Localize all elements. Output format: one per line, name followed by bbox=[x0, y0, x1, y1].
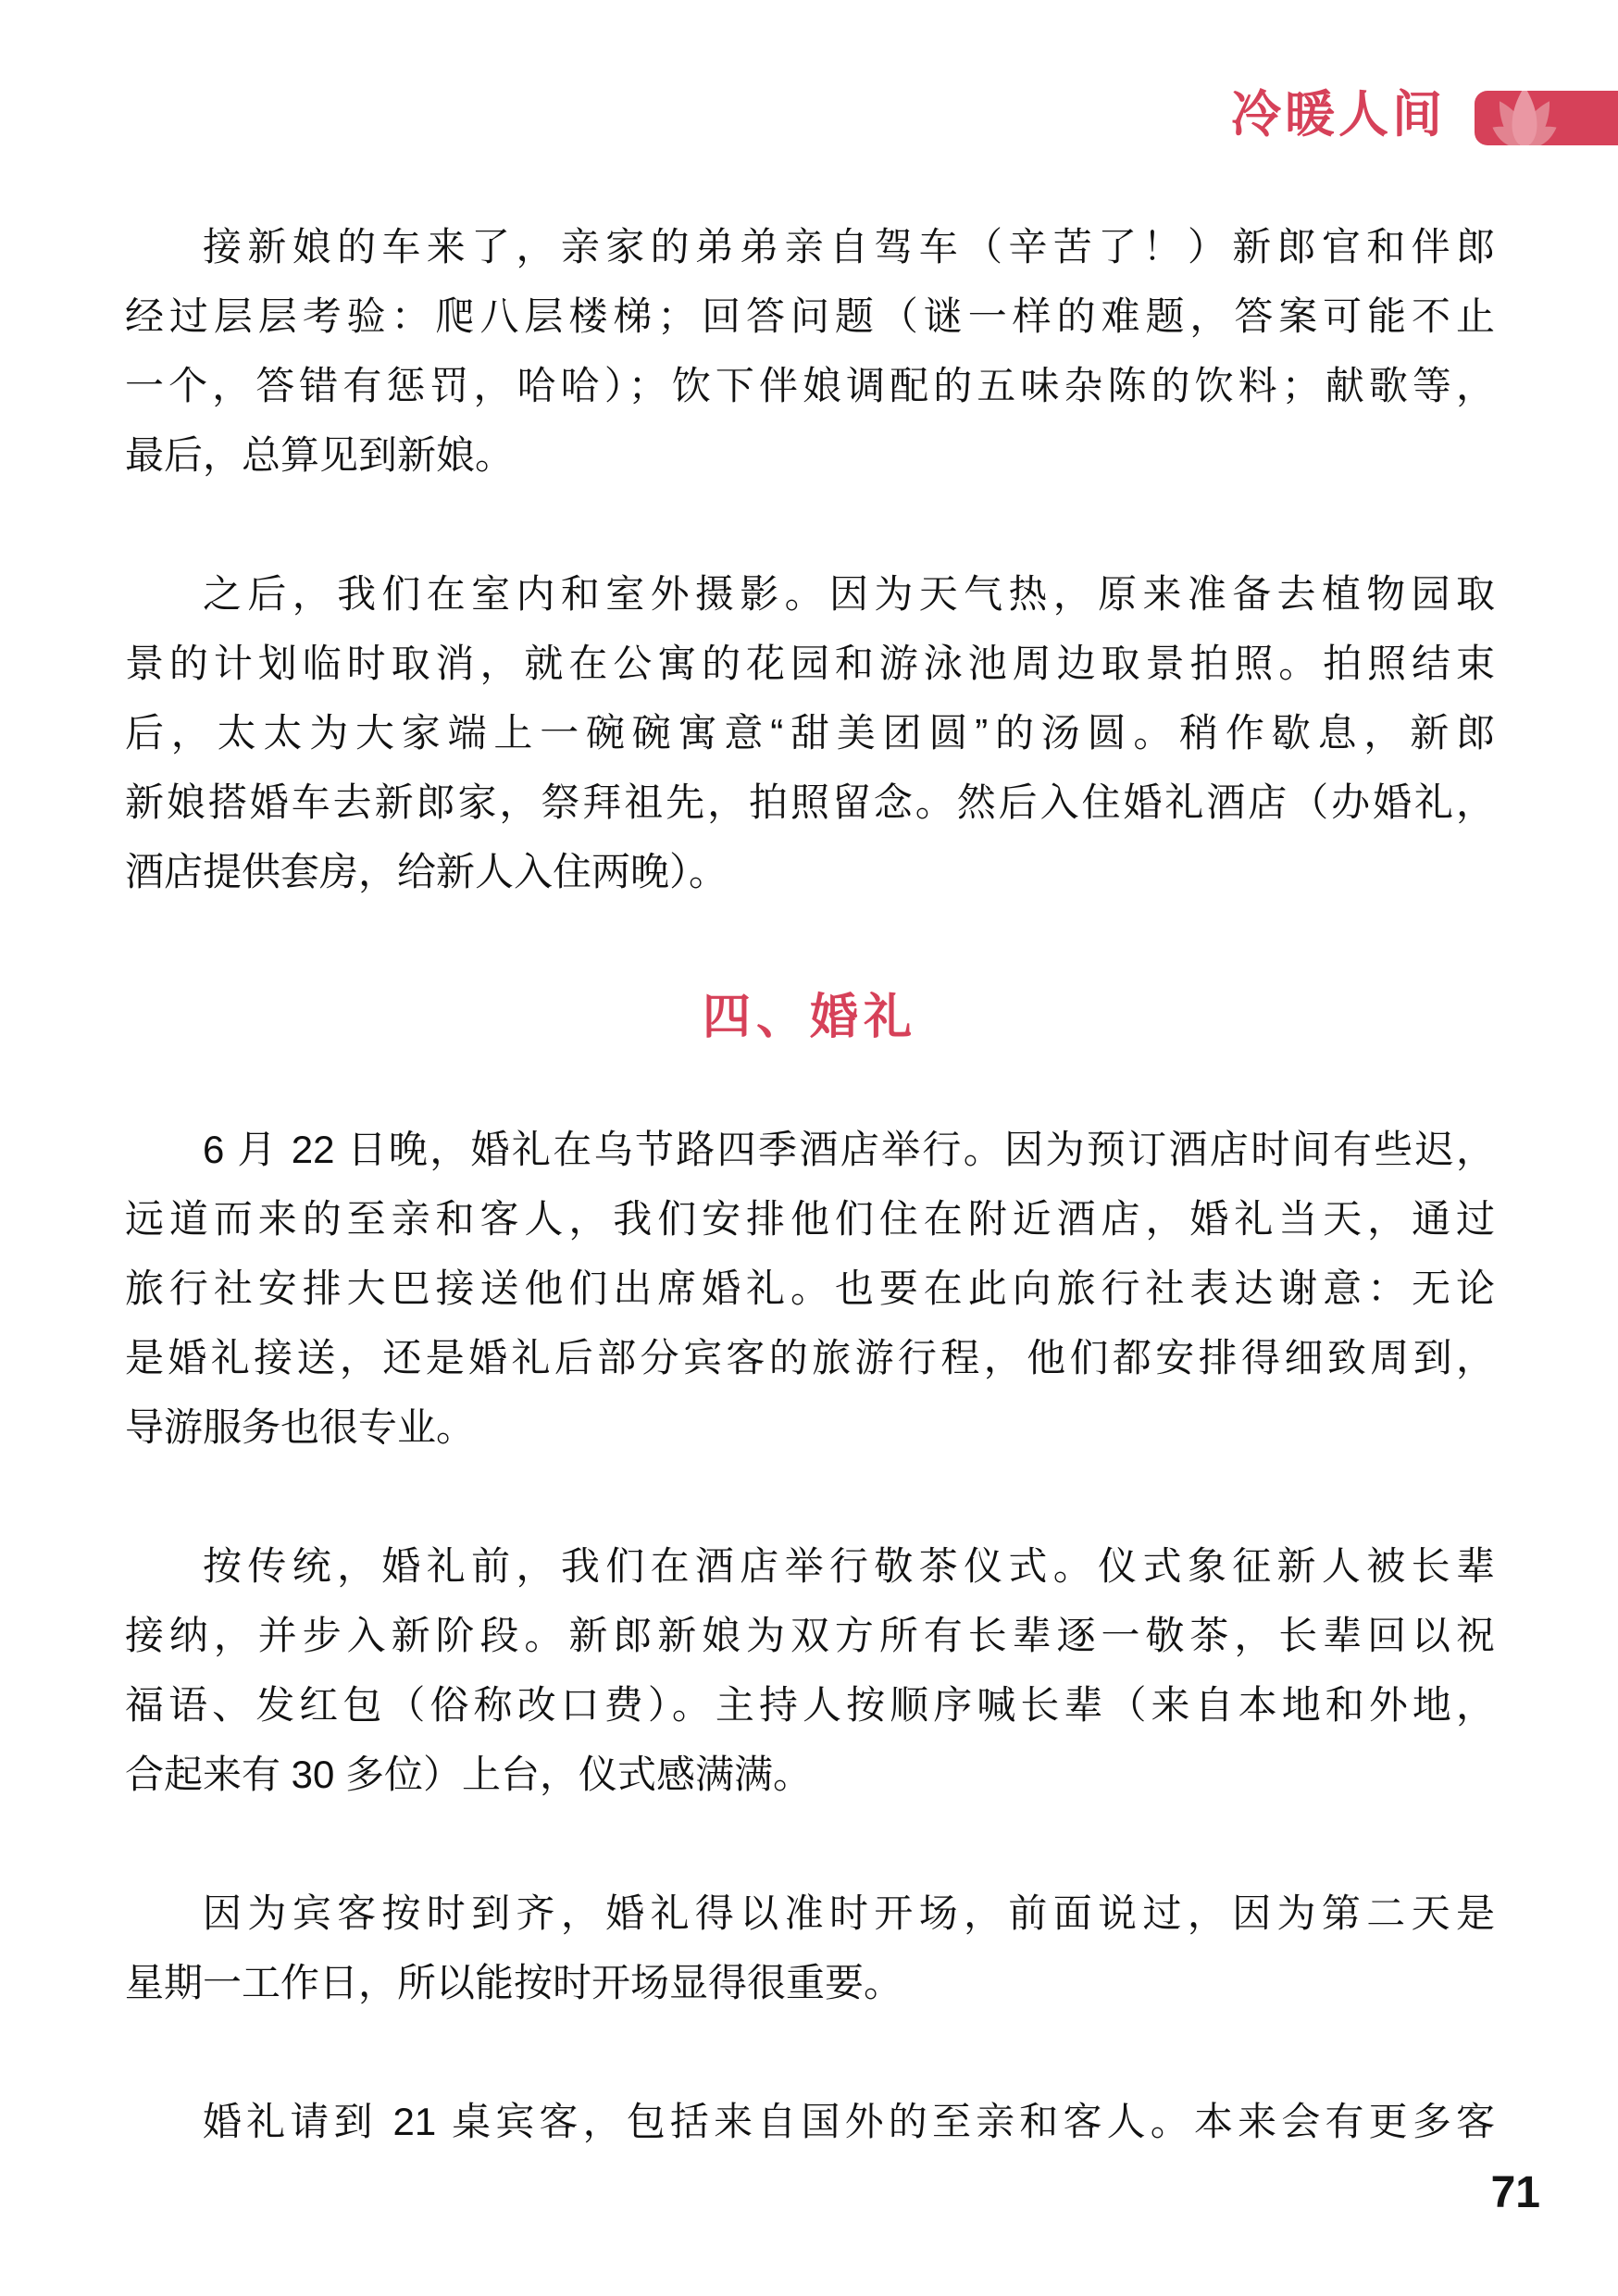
paragraph-line: 新娘搭婚车去新郎家，祭拜祖先，拍照留念。然后入住婚礼酒店（办婚礼， bbox=[125, 767, 1495, 837]
paragraph-line: 按传统，婚礼前，我们在酒店举行敬茶仪式。仪式象征新人被长辈 bbox=[125, 1531, 1495, 1601]
paragraph-line: 接新娘的车来了，亲家的弟弟亲自驾车（辛苦了！）新郎官和伴郎 bbox=[125, 212, 1495, 281]
paragraph: 6 月 22 日晚，婚礼在乌节路四季酒店举行。因为预订酒店时间有些迟，远道而来的… bbox=[125, 1115, 1495, 1462]
paragraph-line: 合起来有 30 多位）上台，仪式感满满。 bbox=[125, 1740, 1495, 1809]
paragraph-line: 婚礼请到 21 桌宾客，包括来自国外的至亲和客人。本来会有更多客 bbox=[125, 2087, 1495, 2156]
paragraph-line: 因为宾客按时到齐，婚礼得以准时开场，前面说过，因为第二天是 bbox=[125, 1878, 1495, 1948]
paragraph-line: 之后，我们在室内和室外摄影。因为天气热，原来准备去植物园取 bbox=[125, 559, 1495, 629]
paragraph-line: 景的计划临时取消，就在公寓的花园和游泳池周边取景拍照。拍照结束 bbox=[125, 629, 1495, 698]
header-badge bbox=[1475, 91, 1618, 145]
paragraph-line: 星期一工作日，所以能按时开场显得很重要。 bbox=[125, 1948, 1495, 2017]
paragraph: 按传统，婚礼前，我们在酒店举行敬茶仪式。仪式象征新人被长辈接纳，并步入新阶段。新… bbox=[125, 1531, 1495, 1809]
lotus-icon bbox=[1480, 91, 1569, 145]
running-header-title: 冷暖人间 bbox=[1231, 90, 1446, 140]
page-number: 71 bbox=[1491, 2169, 1540, 2217]
paragraph: 接新娘的车来了，亲家的弟弟亲自驾车（辛苦了！）新郎官和伴郎经过层层考验：爬八层楼… bbox=[125, 212, 1495, 490]
paragraph: 婚礼请到 21 桌宾客，包括来自国外的至亲和客人。本来会有更多客 bbox=[125, 2087, 1495, 2156]
paragraph-line: 最后，总算见到新娘。 bbox=[125, 420, 1495, 490]
paragraph-line: 远道而来的至亲和客人，我们安排他们住在附近酒店，婚礼当天，通过 bbox=[125, 1184, 1495, 1254]
paragraph-line: 福语、发红包（俗称改口费）。主持人按顺序喊长辈（来自本地和外地， bbox=[125, 1670, 1495, 1740]
book-page: { "header": { "title": "冷暖人间", "badge": … bbox=[0, 0, 1618, 2296]
body-text: 接新娘的车来了，亲家的弟弟亲自驾车（辛苦了！）新郎官和伴郎经过层层考验：爬八层楼… bbox=[125, 212, 1495, 2226]
paragraph-line: 后，太太为大家端上一碗碗寓意“甜美团圆”的汤圆。稍作歇息，新郎 bbox=[125, 698, 1495, 767]
paragraph-line: 经过层层考验：爬八层楼梯；回答问题（谜一样的难题，答案可能不止 bbox=[125, 281, 1495, 351]
paragraph: 之后，我们在室内和室外摄影。因为天气热，原来准备去植物园取景的计划临时取消，就在… bbox=[125, 559, 1495, 906]
paragraph-line: 酒店提供套房，给新人入住两晚）。 bbox=[125, 837, 1495, 906]
paragraph: 因为宾客按时到齐，婚礼得以准时开场，前面说过，因为第二天是星期一工作日，所以能按… bbox=[125, 1878, 1495, 2017]
paragraph-line: 导游服务也很专业。 bbox=[125, 1392, 1495, 1462]
paragraph-line: 是婚礼接送，还是婚礼后部分宾客的旅游行程，他们都安排得细致周到， bbox=[125, 1323, 1495, 1392]
paragraph-line: 接纳，并步入新阶段。新郎新娘为双方所有长辈逐一敬茶，长辈回以祝 bbox=[125, 1601, 1495, 1670]
paragraph-line: 旅行社安排大巴接送他们出席婚礼。也要在此向旅行社表达谢意：无论 bbox=[125, 1254, 1495, 1323]
paragraph-line: 一个，答错有惩罚，哈哈）；饮下伴娘调配的五味杂陈的饮料；献歌等， bbox=[125, 351, 1495, 420]
paragraph-line: 6 月 22 日晚，婚礼在乌节路四季酒店举行。因为预订酒店时间有些迟， bbox=[125, 1115, 1495, 1184]
section-heading: 四、婚礼 bbox=[125, 976, 1495, 1059]
